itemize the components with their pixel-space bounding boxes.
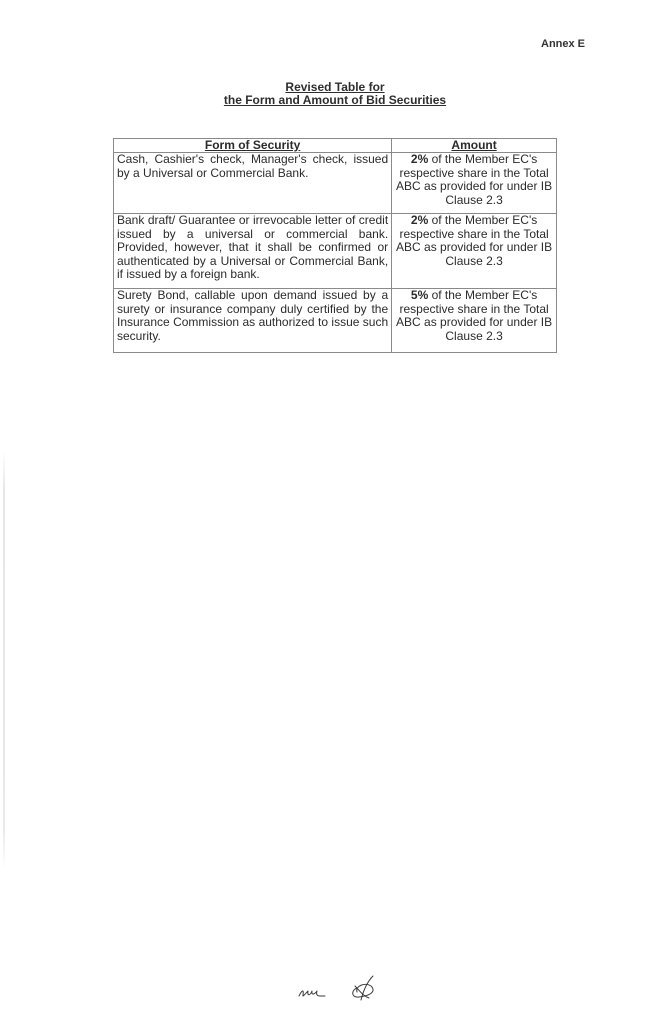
initials-signature-1 (299, 991, 325, 996)
table-header-row: Form of Security Amount (114, 139, 557, 153)
table-row: Bank draft/ Guarantee or irrevocable let… (114, 214, 557, 289)
column-header-amount: Amount (392, 139, 557, 153)
scan-page-edge (3, 450, 5, 870)
amount-percent: 5% (411, 288, 428, 302)
amount-percent: 2% (411, 213, 428, 227)
signature-area (295, 972, 405, 1002)
table-row: Cash, Cashier's check, Manager's check, … (114, 153, 557, 214)
form-of-security-cell: Surety Bond, callable upon demand issued… (114, 289, 392, 353)
document-title: Revised Table for the Form and Amount of… (0, 81, 670, 107)
amount-cell: 2% of the Member EC's respective share i… (392, 153, 557, 214)
form-of-security-cell: Cash, Cashier's check, Manager's check, … (114, 153, 392, 214)
handwritten-signatures-icon (295, 972, 405, 1006)
table-row: Surety Bond, callable upon demand issued… (114, 289, 557, 353)
amount-percent: 2% (411, 152, 428, 166)
amount-cell: 2% of the Member EC's respective share i… (392, 214, 557, 289)
annex-label: Annex E (541, 38, 585, 50)
amount-cell: 5% of the Member EC's respective share i… (392, 289, 557, 353)
initials-signature-2 (353, 976, 373, 1000)
column-header-form: Form of Security (114, 139, 392, 153)
bid-securities-table: Form of Security Amount Cash, Cashier's … (113, 138, 557, 353)
title-line-2: the Form and Amount of Bid Securities (0, 94, 670, 107)
form-of-security-cell: Bank draft/ Guarantee or irrevocable let… (114, 214, 392, 289)
